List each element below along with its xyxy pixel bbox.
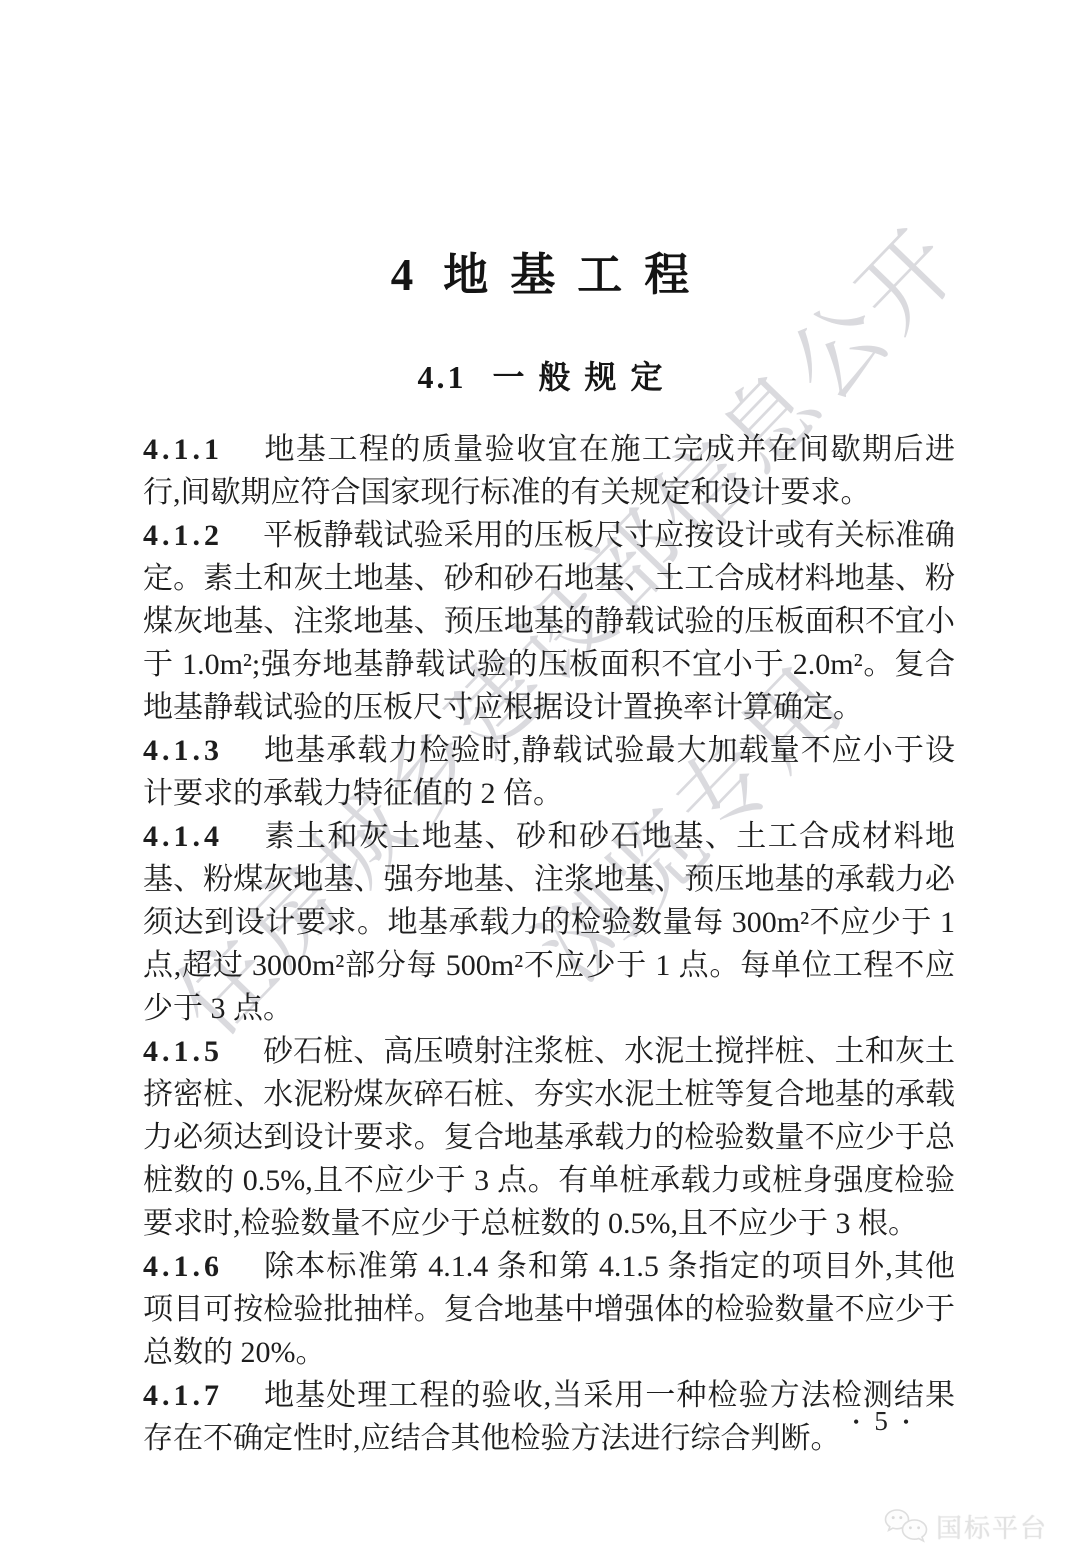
clause-number: 4.1.5 (143, 1035, 223, 1068)
wechat-chat-bubbles-icon (883, 1506, 929, 1546)
clause-4-1-7: 4.1.7地基处理工程的验收,当采用一种检验方法检测结果存在不确定性时,应结合其… (143, 1374, 955, 1460)
section-heading: 4.1一般规定 (0, 352, 1080, 398)
chapter-title-text: 地基工程 (443, 250, 711, 300)
page-number-bullet-right: • (903, 1413, 909, 1431)
clause-4-1-6: 4.1.6除本标准第 4.1.4 条和第 4.1.5 条指定的项目外,其他项目可… (143, 1245, 955, 1374)
chapter-title: 4地基工程 (0, 238, 1080, 303)
clause-number: 4.1.1 (143, 433, 223, 466)
clause-number: 4.1.3 (143, 734, 223, 767)
clause-4-1-5: 4.1.5砂石桩、高压喷射注浆桩、水泥土搅拌桩、土和灰土挤密桩、水泥粉煤灰碎石桩… (143, 1030, 955, 1245)
clause-text: 素土和灰土地基、砂和砂石地基、土工合成材料地基、粉煤灰地基、强夯地基、注浆地基、… (143, 820, 955, 1025)
clause-number: 4.1.6 (143, 1250, 223, 1283)
section-heading-text: 一般规定 (492, 359, 676, 395)
clause-text: 砂石桩、高压喷射注浆桩、水泥土搅拌桩、土和灰土挤密桩、水泥粉煤灰碎石桩、夯实水泥… (143, 1035, 955, 1240)
clause-4-1-4: 4.1.4素土和灰土地基、砂和砂石地基、土工合成材料地基、粉煤灰地基、强夯地基、… (143, 815, 955, 1030)
document-page: 住房城乡建设部信息公开 浏览专用 4地基工程 4.1一般规定 4.1.1地基工程… (0, 0, 1080, 1566)
clause-4-1-2: 4.1.2平板静载试验采用的压板尺寸应按设计或有关标准确定。素土和灰土地基、砂和… (143, 514, 955, 729)
page-content: 4地基工程 4.1一般规定 4.1.1地基工程的质量验收宜在施工完成并在间歇期后… (0, 0, 1080, 1566)
clause-number: 4.1.4 (143, 820, 223, 853)
clause-4-1-3: 4.1.3地基承载力检验时,静载试验最大加载量不应小于设计要求的承载力特征值的 … (143, 729, 955, 815)
clause-number: 4.1.7 (143, 1379, 223, 1412)
page-number: • 5 • (853, 1406, 909, 1437)
body-text: 4.1.1地基工程的质量验收宜在施工完成并在间歇期后进行,间歇期应符合国家现行标… (143, 428, 955, 1460)
brand-logo: 国标平台 (883, 1506, 1048, 1546)
clause-text: 地基处理工程的验收,当采用一种检验方法检测结果存在不确定性时,应结合其他检验方法… (143, 1379, 955, 1455)
page-number-bullet-left: • (853, 1413, 859, 1431)
clause-text: 地基工程的质量验收宜在施工完成并在间歇期后进行,间歇期应符合国家现行标准的有关规… (143, 433, 955, 509)
brand-name: 国标平台 (936, 1508, 1048, 1545)
clause-text: 地基承载力检验时,静载试验最大加载量不应小于设计要求的承载力特征值的 2 倍。 (143, 734, 955, 810)
clause-number: 4.1.2 (143, 519, 223, 552)
section-number: 4.1 (417, 359, 466, 395)
clause-text: 除本标准第 4.1.4 条和第 4.1.5 条指定的项目外,其他项目可按检验批抽… (143, 1250, 955, 1369)
page-number-value: 5 (874, 1406, 888, 1437)
clause-4-1-1: 4.1.1地基工程的质量验收宜在施工完成并在间歇期后进行,间歇期应符合国家现行标… (143, 428, 955, 514)
chapter-number: 4 (391, 250, 414, 300)
clause-text: 平板静载试验采用的压板尺寸应按设计或有关标准确定。素土和灰土地基、砂和砂石地基、… (143, 519, 955, 724)
